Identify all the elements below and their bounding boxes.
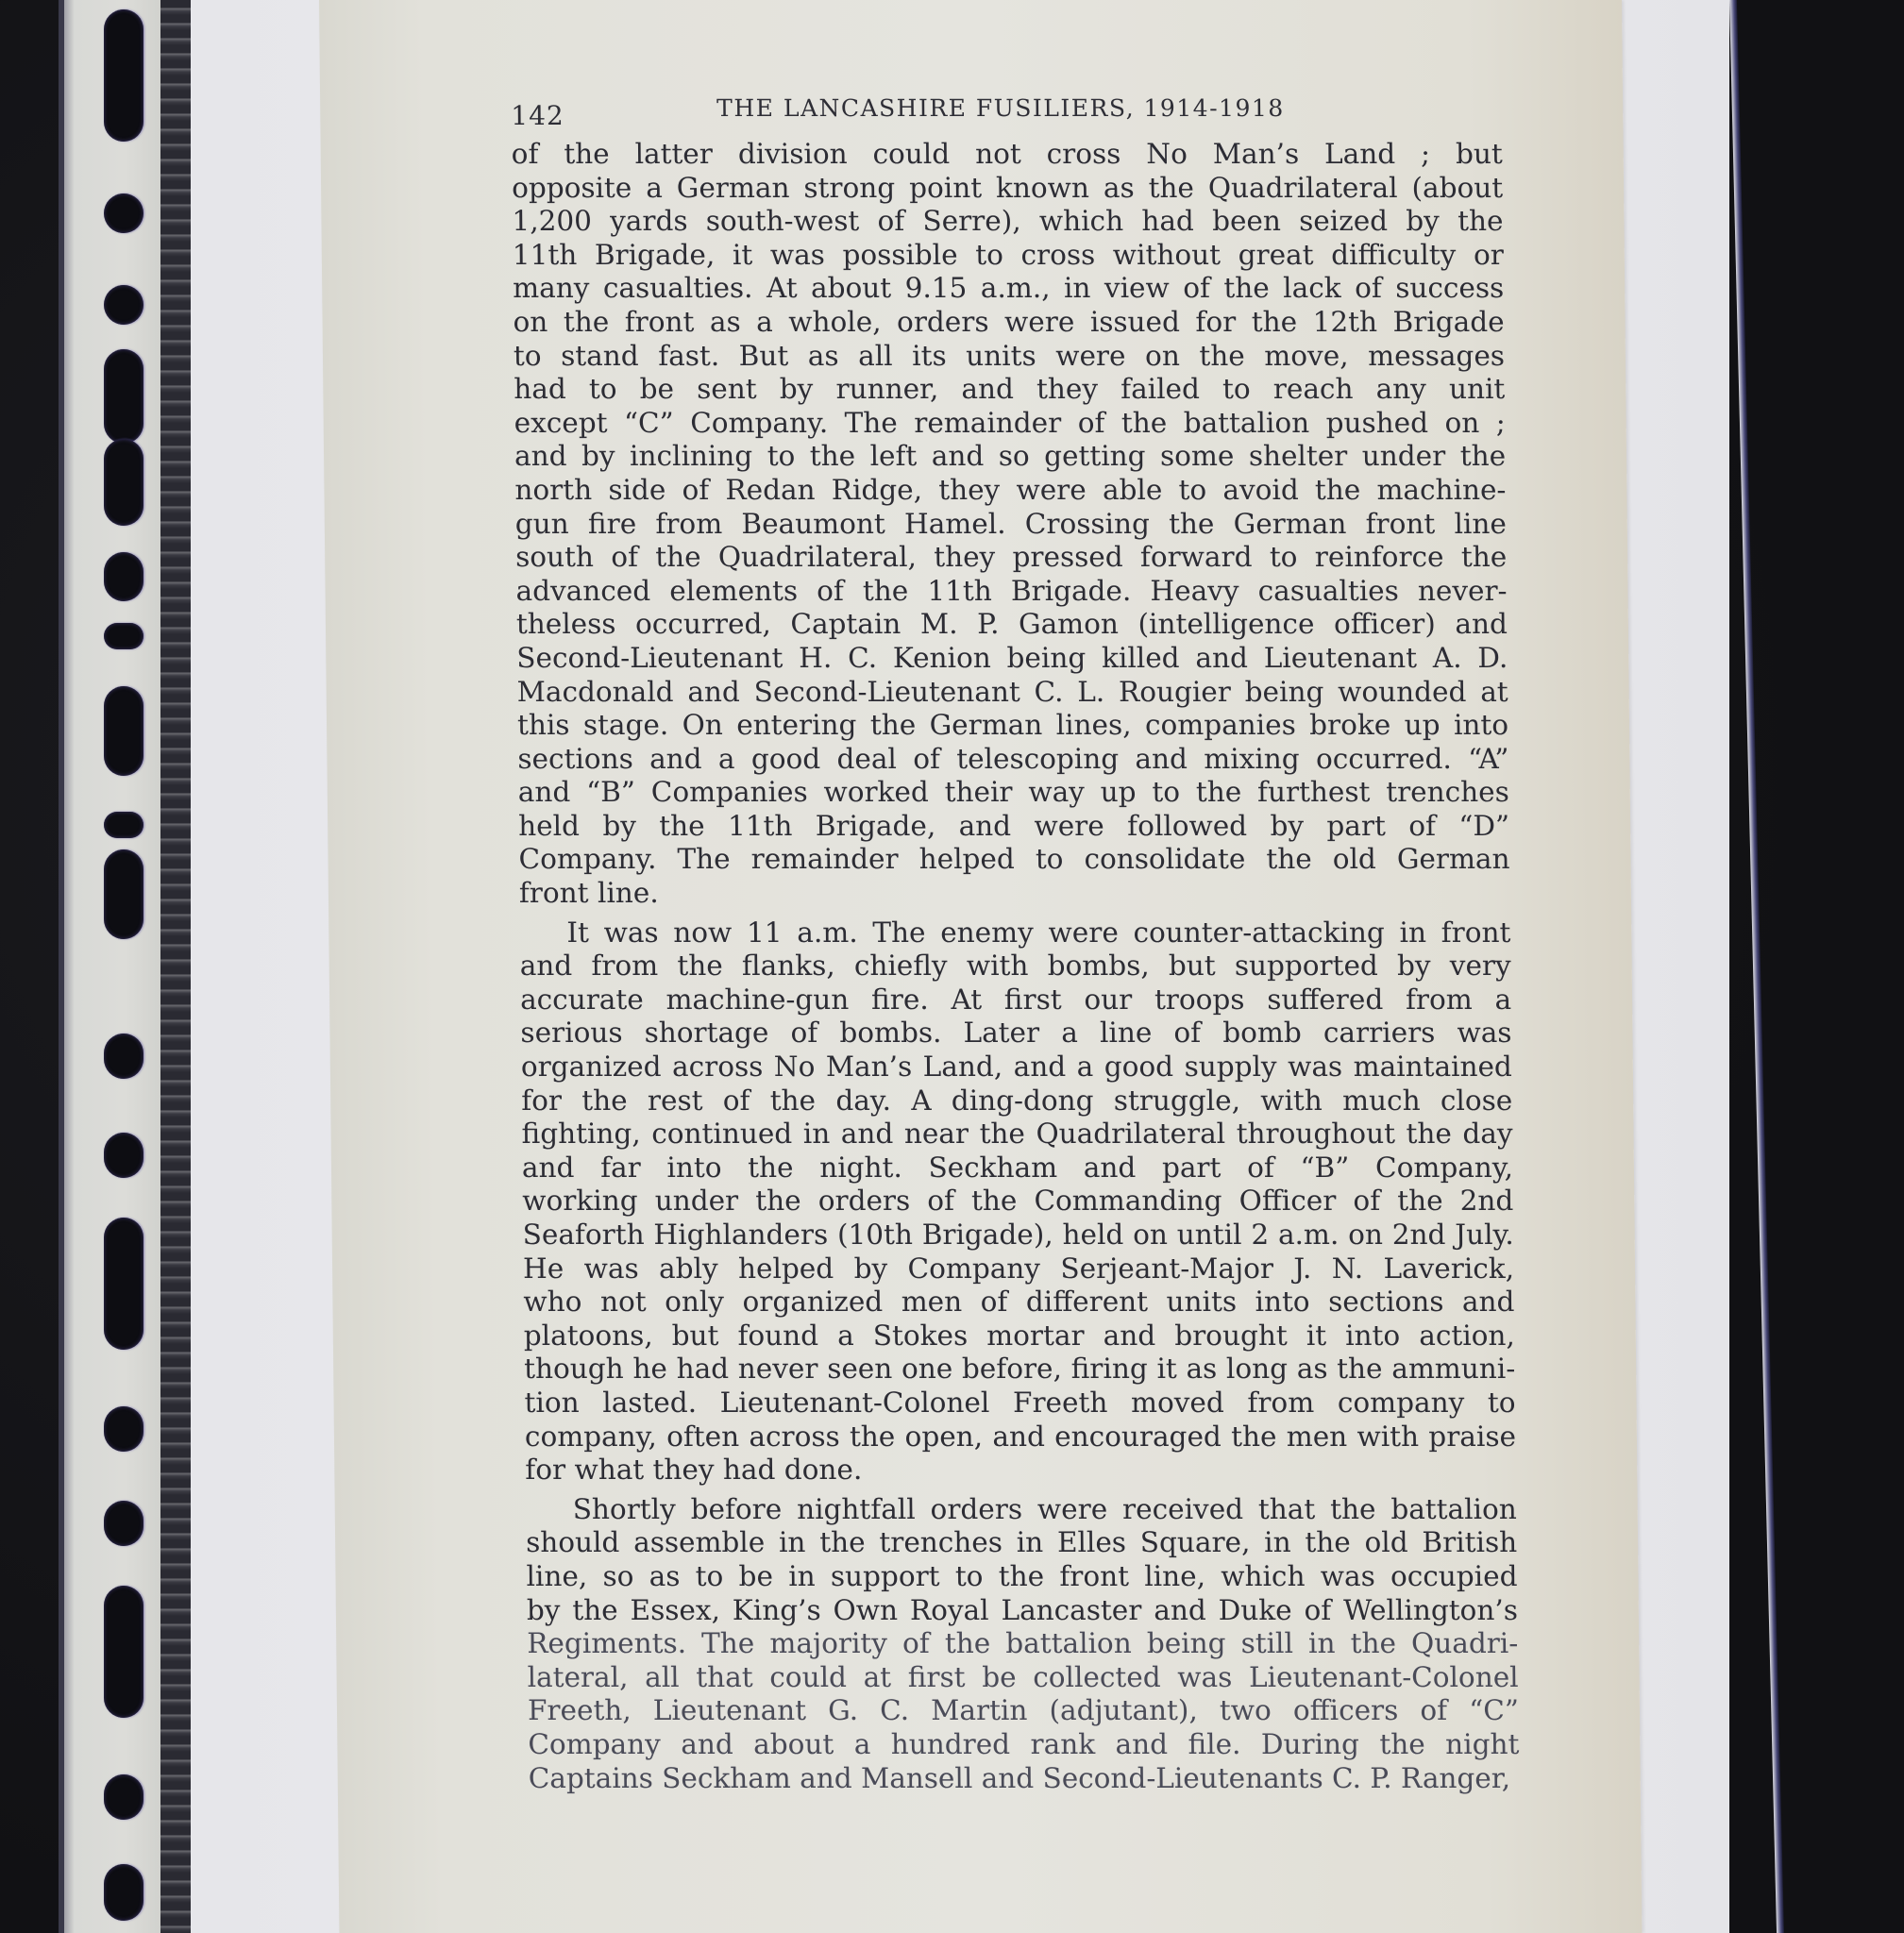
text-line: this stage. On entering the German lines… [517,709,1508,743]
punch-hole [104,1501,143,1546]
text-line: platoons, but found a Stokes mortar and … [524,1319,1515,1353]
paragraph: It was now 11 a.m. The enemy were counte… [519,916,1516,1488]
text-line: advanced elements of the 11th Brigade. H… [515,575,1507,609]
punch-hole [104,349,143,444]
page-number: 142 [511,100,564,131]
text-line: organized across No Man’s Land, and a go… [521,1051,1512,1084]
punch-hole [104,1586,143,1718]
text-line: Freeth, Lieutenant G. C. Martin (adjutan… [528,1694,1519,1728]
punch-hole [104,849,143,939]
text-line: many casualties. At about 9.15 a.m., in … [513,272,1504,306]
text-line: Regiments. The majority of the battalion… [527,1627,1518,1661]
text-line: serious shortage of bombs. Later a line … [520,1017,1511,1051]
page-content: 142 THE LANCASHIRE FUSILIERS, 1914-1918 … [511,91,1520,1795]
text-line: to stand fast. But as all its units were… [514,340,1505,374]
punch-hole [104,9,143,142]
text-line: fighting, continued in and near the Quad… [521,1118,1512,1151]
punch-hole [104,285,143,325]
text-line: Shortly before nightfall orders were rec… [526,1493,1517,1527]
text-line: and far into the night. Seckham and part… [522,1151,1513,1185]
text-line: should assemble in the trenches in Elles… [526,1526,1517,1560]
punch-hole [104,812,143,838]
book-title: THE LANCASHIRE FUSILIERS, 1914-1918 [716,94,1285,122]
text-line: 1,200 yards south-west of Serre), which … [512,205,1503,239]
text-line: theless occurred, Captain M. P. Gamon (i… [516,608,1508,642]
text-line: and from the flanks, chiefly with bombs,… [520,950,1511,983]
text-line: Company. The remainder helped to consoli… [518,843,1509,877]
text-line: He was ably helped by Company Serjeant-M… [523,1252,1514,1286]
text-line: company, often across the open, and enco… [525,1420,1516,1454]
text-line: for what they had done. [525,1454,1516,1488]
punch-hole [104,1406,143,1452]
text-line: It was now 11 a.m. The enemy were counte… [519,916,1510,950]
sleeve-welt-seam [160,0,193,1933]
body-text: of the latter division could not cross N… [512,138,1520,1795]
text-line: who not only organized men of different … [523,1286,1514,1319]
punch-hole [104,686,143,776]
punch-hole [104,1774,143,1820]
text-line: sections and a good deal of telescoping … [517,743,1508,777]
punch-hole [104,552,143,601]
text-line: tion lasted. Lieutenant-Colonel Freeth m… [524,1387,1515,1420]
punch-hole [104,1034,143,1079]
paragraph: of the latter division could not cross N… [512,138,1511,911]
text-line: and “B” Companies worked their way up to… [518,776,1509,810]
text-line: opposite a German strong point known as … [512,172,1503,206]
text-line: working under the orders of the Commandi… [522,1185,1513,1219]
text-line: on the front as a whole, orders were iss… [513,306,1504,340]
punch-hole [104,1218,143,1350]
text-line: and by inclining to the left and so gett… [514,440,1506,474]
text-line: Macdonald and Second-Lieutenant C. L. Ro… [516,676,1508,710]
text-line: though he had never seen one before, fir… [524,1353,1515,1387]
text-line: Second-Lieutenant H. C. Kenion being kil… [516,642,1508,676]
text-line: had to be sent by runner, and they faile… [514,373,1505,407]
text-line: by the Essex, King’s Own Royal Lancaster… [527,1594,1518,1628]
text-line: Seaforth Highlanders (10th Brigade), hel… [523,1219,1514,1252]
running-head: 142 THE LANCASHIRE FUSILIERS, 1914-1918 [511,91,1503,138]
text-line: except “C” Company. The remainder of the… [514,407,1506,441]
text-line: 11th Brigade, it was possible to cross w… [513,239,1504,273]
text-line: south of the Quadrilateral, they pressed… [515,541,1507,575]
text-line: Company and about a hundred rank and fil… [528,1728,1519,1762]
punch-hole [104,1133,143,1178]
text-line: front line. [519,877,1510,911]
punch-hole [104,193,143,233]
text-line: accurate machine-gun fire. At first our … [520,983,1511,1017]
punch-hole [104,623,143,649]
text-line: of the latter division could not cross N… [512,138,1503,172]
text-line: held by the 11th Brigade, and were follo… [518,810,1509,844]
text-line: Captains Seckham and Mansell and Second-… [529,1762,1520,1796]
punch-hole [104,439,143,526]
paragraph: Shortly before nightfall orders were rec… [526,1493,1520,1795]
punch-hole [104,1864,143,1921]
text-line: gun fire from Beaumont Hamel. Crossing t… [515,508,1507,542]
text-line: line, so as to be in support to the fron… [526,1560,1517,1594]
text-line: for the rest of the day. A ding-dong str… [521,1084,1512,1118]
book-page: 142 THE LANCASHIRE FUSILIERS, 1914-1918 … [319,0,1642,1933]
text-line: north side of Redan Ridge, they were abl… [514,474,1506,508]
text-line: lateral, all that could at first be coll… [527,1661,1518,1695]
binder-sleeve-strip [59,0,166,1933]
